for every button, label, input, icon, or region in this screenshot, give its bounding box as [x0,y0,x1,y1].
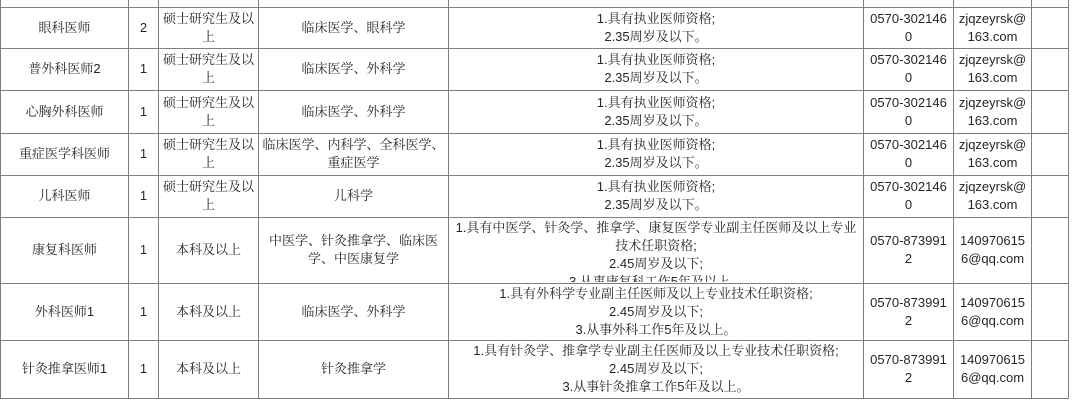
cell-requirements [449,0,864,7]
cell-email: zjqzeyrsk@163.com [954,175,1032,217]
cell-position: 外科医师1 [1,283,129,340]
cell-email: zjqzeyrsk@163.com [954,7,1032,48]
cell-requirements: 1.具有针灸学、推拿学专业副主任医师及以上专业技术任职资格; 2.45周岁及以下… [449,340,864,398]
cell-requirements: 1.具有执业医师资格; 2.35周岁及以下。 [449,7,864,48]
table-row-partial [1,0,1069,7]
cell-education [159,0,259,7]
cell-phone: 0570-8739912 [864,283,954,340]
requirements-text: 1.具有执业医师资格; 2.35周岁及以下。 [452,10,860,46]
cell-count: 1 [129,340,159,398]
cell-phone: 0570-3021460 [864,175,954,217]
cell-requirements: 1.具有外科学专业副主任医师及以上专业技术任职资格; 2.45周岁及以下; 3.… [449,283,864,340]
table-row: 针灸推拿医师1 1 本科及以上 针灸推拿学 1.具有针灸学、推拿学专业副主任医师… [1,340,1069,398]
cell-education: 硕士研究生及以上 [159,175,259,217]
cell-position: 心胸外科医师 [1,90,129,133]
cell-empty [1032,7,1069,48]
requirements-text: 1.具有外科学专业副主任医师及以上专业技术任职资格; 2.45周岁及以下; 3.… [452,285,860,339]
cell-email: zjqzeyrsk@163.com [954,90,1032,133]
cell-education: 本科及以上 [159,283,259,340]
cell-major: 针灸推拿学 [259,340,449,398]
cell-email: 1409706156@qq.com [954,217,1032,283]
cell-count: 1 [129,283,159,340]
cell-education: 本科及以上 [159,340,259,398]
table-row: 普外科医师2 1 硕士研究生及以上 临床医学、外科学 1.具有执业医师资格; 2… [1,48,1069,90]
requirements-text: 1.具有执业医师资格; 2.35周岁及以下。 [452,51,860,87]
cell-education: 硕士研究生及以上 [159,90,259,133]
cell-requirements: 1.具有执业医师资格; 2.35周岁及以下。 [449,175,864,217]
cell-requirements: 1.具有执业医师资格; 2.35周岁及以下。 [449,133,864,175]
table-row: 心胸外科医师 1 硕士研究生及以上 临床医学、外科学 1.具有执业医师资格; 2… [1,90,1069,133]
cell-count: 1 [129,133,159,175]
cell-phone: 0570-3021460 [864,7,954,48]
cell-empty [1032,175,1069,217]
cell-requirements: 1.具有中医学、针灸学、推拿学、康复医学专业副主任医师及以上专业技术任职资格; … [449,217,864,283]
cell-education: 硕士研究生及以上 [159,7,259,48]
cell-count: 1 [129,217,159,283]
requirements-text: 1.具有执业医师资格; 2.35周岁及以下。 [452,178,860,214]
cell-empty [1032,217,1069,283]
cell-count [129,0,159,7]
cell-phone [864,0,954,7]
cell-empty [1032,340,1069,398]
cell-count: 1 [129,175,159,217]
cell-major: 中医学、针灸推拿学、临床医学、中医康复学 [259,217,449,283]
cell-email: zjqzeyrsk@163.com [954,48,1032,90]
cell-position: 康复科医师 [1,217,129,283]
requirements-text: 1.具有执业医师资格; 2.35周岁及以下。 [452,94,860,130]
cell-education: 硕士研究生及以上 [159,48,259,90]
table-row: 重症医学科医师 1 硕士研究生及以上 临床医学、内科学、全科医学、重症医学 1.… [1,133,1069,175]
requirements-text: 1.具有针灸学、推拿学专业副主任医师及以上专业技术任职资格; 2.45周岁及以下… [452,342,860,396]
table-row: 儿科医师 1 硕士研究生及以上 儿科学 1.具有执业医师资格; 2.35周岁及以… [1,175,1069,217]
cell-education: 硕士研究生及以上 [159,133,259,175]
cell-major: 临床医学、内科学、全科医学、重症医学 [259,133,449,175]
requirements-text: 1.具有执业医师资格; 2.35周岁及以下。 [452,136,860,172]
cell-email: 1409706156@qq.com [954,340,1032,398]
cell-empty [1032,48,1069,90]
cell-phone: 0570-8739912 [864,340,954,398]
cell-email: 1409706156@qq.com [954,283,1032,340]
cell-count: 1 [129,90,159,133]
recruitment-table: 眼科医师 2 硕士研究生及以上 临床医学、眼科学 1.具有执业医师资格; 2.3… [0,0,1069,399]
cell-major: 临床医学、眼科学 [259,7,449,48]
cell-phone: 0570-3021460 [864,48,954,90]
cell-position [1,0,129,7]
cell-position: 针灸推拿医师1 [1,340,129,398]
cell-education: 本科及以上 [159,217,259,283]
cell-position: 普外科医师2 [1,48,129,90]
requirements-text: 1.具有中医学、针灸学、推拿学、康复医学专业副主任医师及以上专业技术任职资格; … [452,219,860,282]
table-row: 眼科医师 2 硕士研究生及以上 临床医学、眼科学 1.具有执业医师资格; 2.3… [1,7,1069,48]
cell-position: 重症医学科医师 [1,133,129,175]
cell-empty [1032,90,1069,133]
cell-empty [1032,283,1069,340]
cell-requirements: 1.具有执业医师资格; 2.35周岁及以下。 [449,90,864,133]
cell-major: 临床医学、外科学 [259,48,449,90]
table-row: 外科医师1 1 本科及以上 临床医学、外科学 1.具有外科学专业副主任医师及以上… [1,283,1069,340]
cell-requirements: 1.具有执业医师资格; 2.35周岁及以下。 [449,48,864,90]
cell-phone: 0570-3021460 [864,133,954,175]
recruitment-table-screen: 眼科医师 2 硕士研究生及以上 临床医学、眼科学 1.具有执业医师资格; 2.3… [0,0,1080,401]
cell-phone: 0570-8739912 [864,217,954,283]
cell-empty [1032,133,1069,175]
cell-major: 临床医学、外科学 [259,90,449,133]
cell-major [259,0,449,7]
cell-major: 临床医学、外科学 [259,283,449,340]
cell-position: 儿科医师 [1,175,129,217]
cell-empty [1032,0,1069,7]
cell-major: 儿科学 [259,175,449,217]
cell-count: 1 [129,48,159,90]
cell-email: zjqzeyrsk@163.com [954,133,1032,175]
cell-position: 眼科医师 [1,7,129,48]
cell-count: 2 [129,7,159,48]
cell-phone: 0570-3021460 [864,90,954,133]
table-row: 康复科医师 1 本科及以上 中医学、针灸推拿学、临床医学、中医康复学 1.具有中… [1,217,1069,283]
cell-email [954,0,1032,7]
